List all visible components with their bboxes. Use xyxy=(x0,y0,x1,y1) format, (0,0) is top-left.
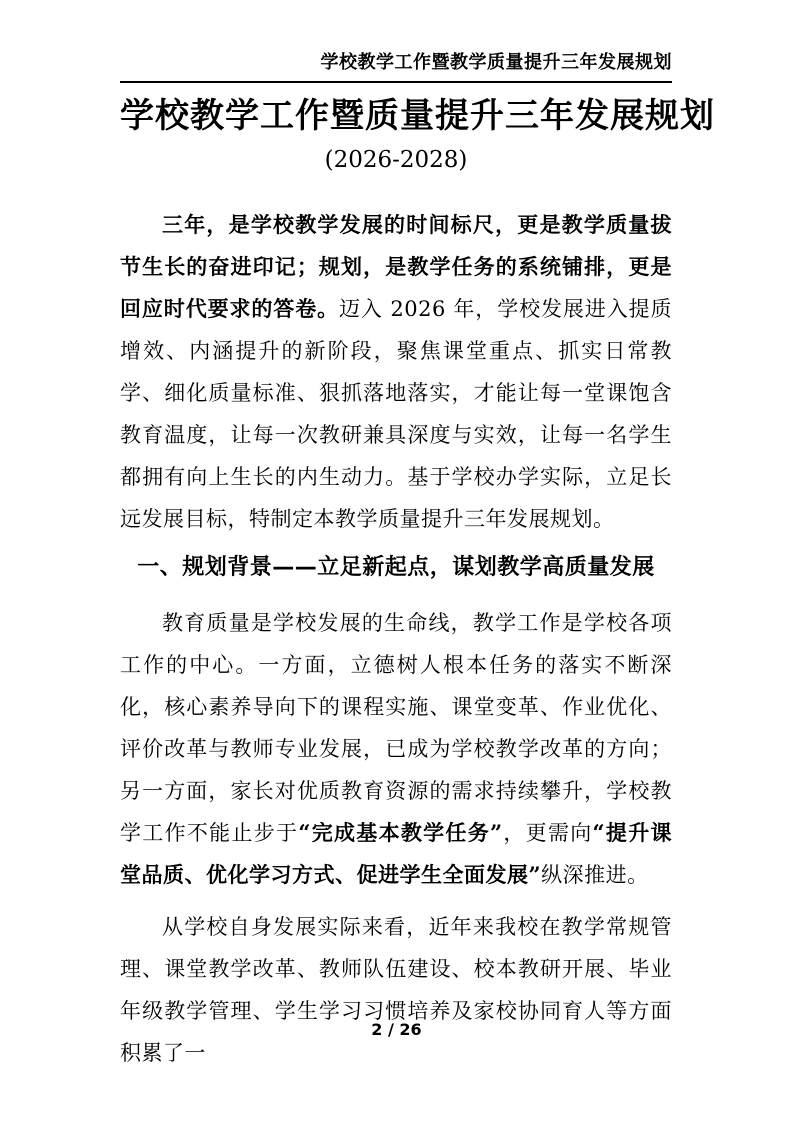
text-segment: 纵深推进。 xyxy=(541,863,649,887)
paragraph: 从学校自身发展实际来看，近年来我校在教学常规管理、课堂教学改革、教师队伍建设、校… xyxy=(120,906,672,1074)
text-segment: 迈入 2026 年，学校发展进入提质增效、内涵提升的新阶段，聚焦课堂重点、抓实日… xyxy=(120,297,672,531)
document-content: 学校教学工作暨教学质量提升三年发展规划 学校教学工作暨质量提升三年发展规划 (2… xyxy=(0,0,793,1074)
document-page: 学校教学工作暨教学质量提升三年发展规划 学校教学工作暨质量提升三年发展规划 (2… xyxy=(0,0,793,1122)
page-number: 2 / 26 xyxy=(0,1020,793,1040)
text-segment: 从学校自身发展实际来看，近年来我校在教学常规管理、课堂教学改革、教师队伍建设、校… xyxy=(120,915,672,1065)
document-subtitle: (2026-2028) xyxy=(120,145,672,175)
document-title: 学校教学工作暨质量提升三年发展规划 xyxy=(120,94,672,138)
text-segment: 教育质量是学校发展的生命线，教学工作是学校各项工作的中心。一方面，立德树人根本任… xyxy=(120,611,672,845)
text-segment: “完成基本教学任务” xyxy=(298,820,502,845)
text-segment: 一、规划背景——立足新起点，谋划教学高质量发展 xyxy=(137,555,655,580)
section-heading: 一、规划背景——立足新起点，谋划教学高质量发展 xyxy=(120,553,672,583)
paragraph: 教育质量是学校发展的生命线，教学工作是学校各项工作的中心。一方面，立德树人根本任… xyxy=(120,602,672,896)
running-header: 学校教学工作暨教学质量提升三年发展规划 xyxy=(120,0,672,83)
text-segment: ，更需向 xyxy=(503,821,593,845)
paragraph-list: 三年，是学校教学发展的时间标尺，更是教学质量拔节生长的奋进印记；规划，是教学任务… xyxy=(120,204,672,1074)
paragraph: 三年，是学校教学发展的时间标尺，更是教学质量拔节生长的奋进印记；规划，是教学任务… xyxy=(120,204,672,540)
